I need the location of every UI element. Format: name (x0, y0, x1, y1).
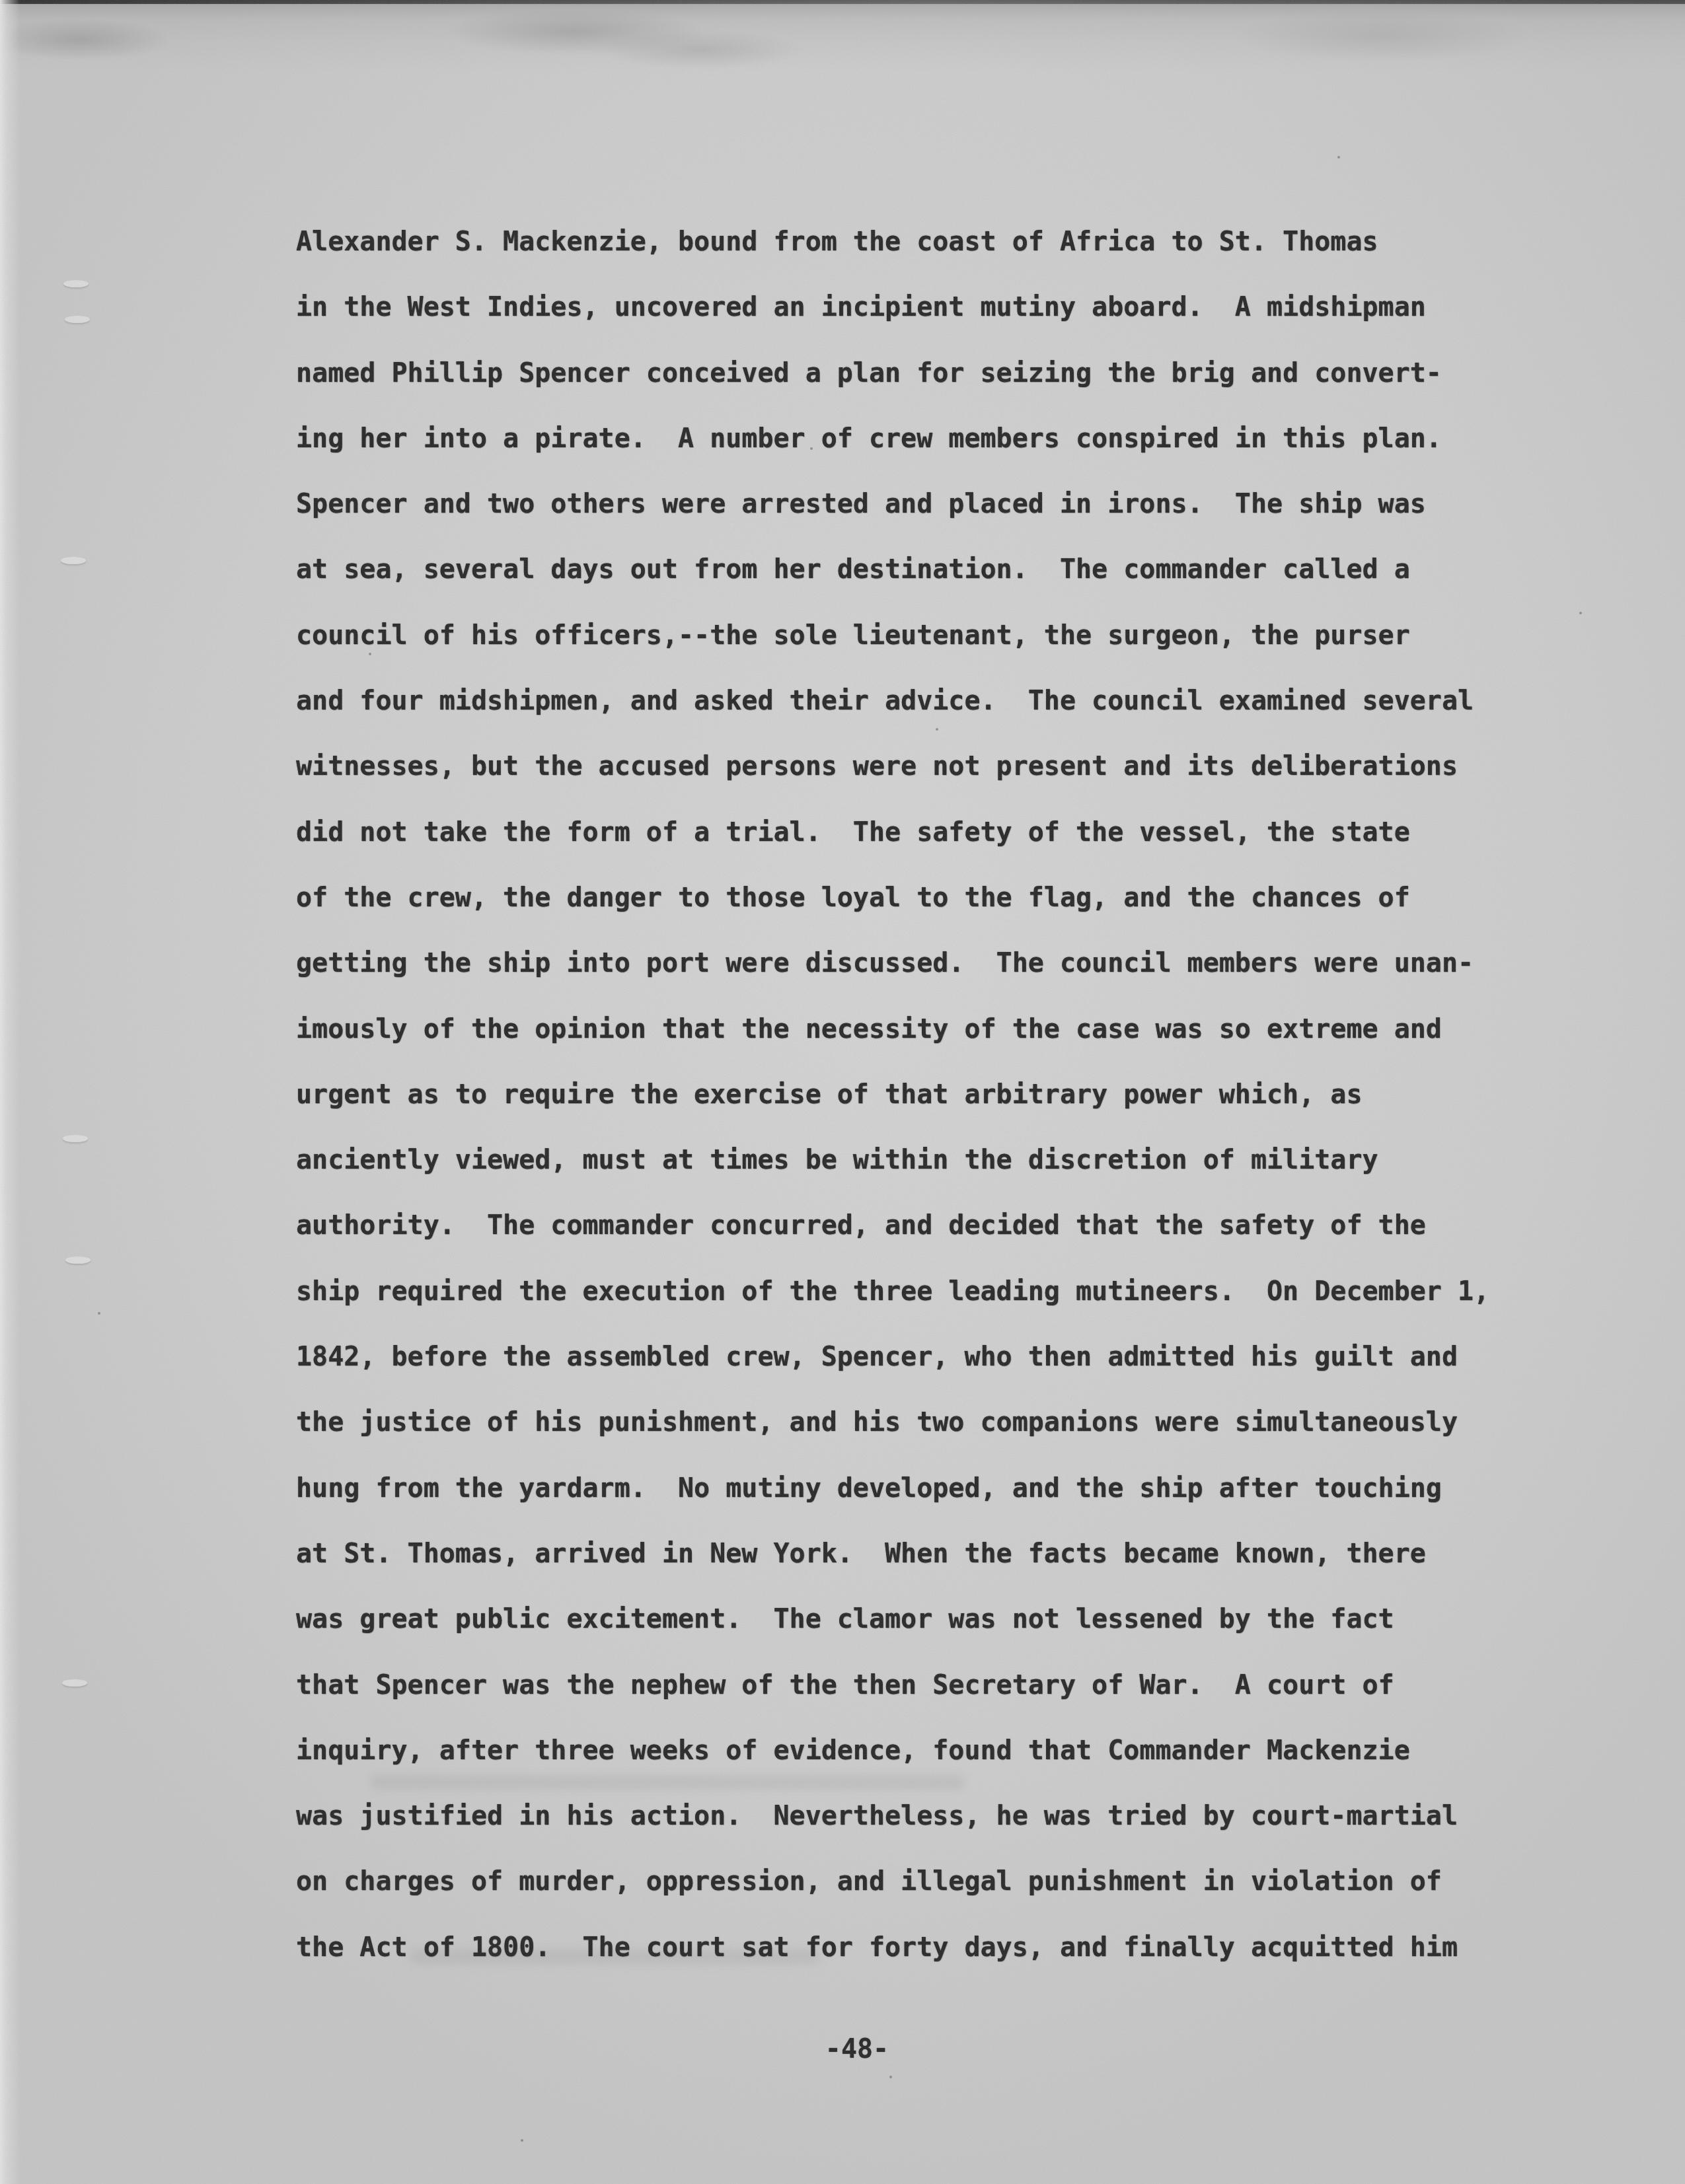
document-page: Alexander S. Mackenzie, bound from the c… (0, 0, 1685, 2184)
paper-grain-texture (0, 0, 1685, 2184)
